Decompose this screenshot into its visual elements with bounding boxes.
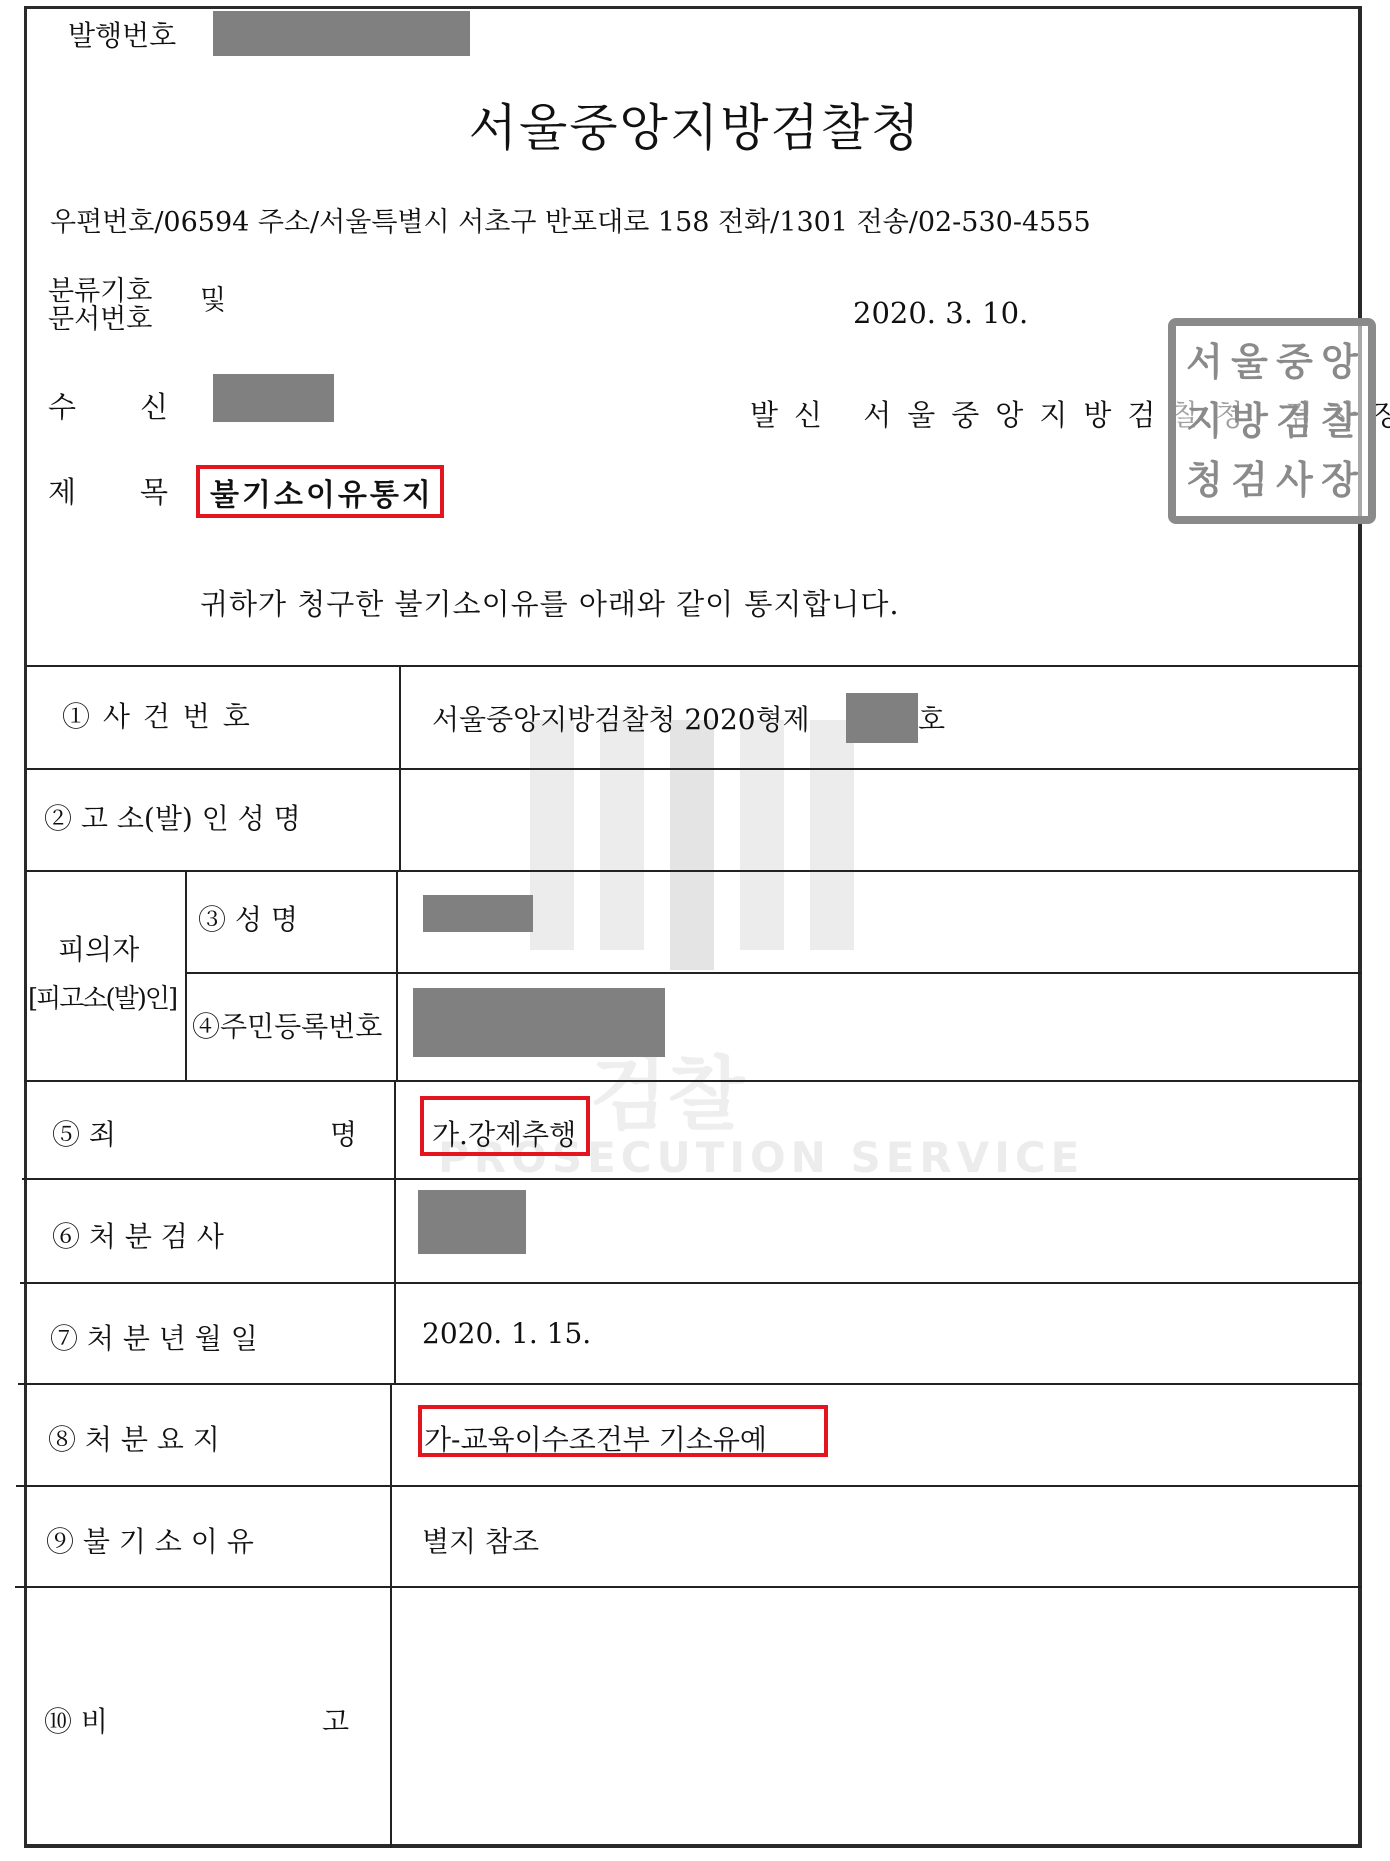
case-number-redaction — [846, 693, 918, 743]
row-divider — [15, 1586, 1362, 1588]
column-divider — [394, 1080, 396, 1385]
seal-character: 울 — [1227, 332, 1272, 391]
seal-character: 찰 — [1317, 391, 1362, 450]
notice-sentence: 귀하가 청구한 불기소이유를 아래와 같이 통지합니다. — [200, 582, 900, 623]
issue-number-redaction — [213, 11, 470, 56]
agency-title: 서울중앙지방검찰청 — [0, 88, 1390, 160]
case-number-prefix: 서울중앙지방검찰청 2020형제 — [432, 698, 810, 738]
seal-character: 장 — [1317, 451, 1362, 510]
recipient-label-b: 신 — [140, 385, 168, 426]
seal-character: 지 — [1182, 391, 1227, 450]
seal-character: 사 — [1272, 451, 1317, 510]
row-label-prosecutor: ⑥ 처 분 검 사 — [52, 1215, 224, 1255]
seal-character: 청 — [1182, 451, 1227, 510]
suspect-group-sublabel: [피고소(발)인] — [28, 978, 176, 1015]
row-divider — [22, 1178, 1362, 1180]
seal-character: 검 — [1272, 391, 1317, 450]
row-label-name: ③ 성 명 — [198, 898, 298, 938]
row-label-remarks-right: 고 — [322, 1700, 349, 1740]
address-line: 우편번호/06594 주소/서울특별시 서초구 반포대로 158 전화/1301… — [50, 200, 1091, 239]
classification-label-line2: 문서번호 — [48, 306, 152, 334]
watermark-emblem — [530, 720, 860, 980]
issue-number-label: 발행번호 — [68, 14, 176, 54]
charge-highlight-box — [420, 1096, 590, 1156]
seal-character: 앙 — [1317, 332, 1362, 391]
column-divider — [390, 1383, 392, 1848]
row-label-disposition-summary: ⑧ 처 분 요 지 — [48, 1418, 220, 1458]
resident-number-redaction — [413, 988, 665, 1057]
row-label-charge-left: ⑤ 죄 — [52, 1113, 116, 1153]
seal-character: 방 — [1227, 391, 1272, 450]
official-seal: 서울중앙지방검찰청검사장 — [1168, 318, 1376, 524]
row-divider — [16, 1485, 1362, 1487]
seal-character: 검 — [1227, 451, 1272, 510]
suspect-name-redaction — [423, 895, 533, 932]
row-label-nonprosecution-reason: ⑨ 불 기 소 이 유 — [46, 1520, 254, 1560]
subject-highlight-box — [196, 465, 444, 518]
row-divider — [185, 972, 1362, 974]
case-number-suffix: 호 — [918, 698, 945, 738]
row-divider — [20, 1282, 1362, 1284]
column-divider — [396, 870, 398, 1080]
row-divider — [24, 1080, 1362, 1082]
classification-label: 분류기호 문서번호 — [48, 278, 152, 334]
row-label-charge-right: 명 — [330, 1113, 357, 1153]
nonprosecution-reason-value: 별지 참조 — [422, 1520, 539, 1560]
row-label-remarks-left: ⑩ 비 — [44, 1700, 108, 1740]
row-divider — [26, 870, 1362, 872]
subject-label-b: 목 — [140, 470, 168, 511]
prosecutor-redaction — [418, 1190, 526, 1254]
disposition-highlight-box — [418, 1405, 828, 1457]
classification-and: 및 — [200, 278, 226, 317]
row-label-case-number: ① 사 건 번 호 — [62, 695, 252, 735]
column-divider — [399, 665, 401, 870]
row-divider — [27, 768, 1362, 770]
group-column-divider — [185, 870, 187, 1080]
classification-label-line1: 분류기호 — [48, 278, 152, 306]
subject-label-a: 제 — [48, 470, 76, 511]
row-divider — [18, 1383, 1362, 1385]
recipient-label-a: 수 — [48, 385, 76, 426]
row-label-resident-number: ④주민등록번호 — [192, 1005, 382, 1045]
row-label-disposition-date: ⑦ 처 분 년 월 일 — [50, 1317, 258, 1357]
seal-character: 서 — [1182, 332, 1227, 391]
issue-date: 2020. 3. 10. — [853, 296, 1028, 330]
table-top-border — [27, 665, 1362, 667]
seal-character: 중 — [1272, 332, 1317, 391]
recipient-redaction — [213, 374, 334, 422]
row-label-complainant: ② 고 소(발) 인 성 명 — [44, 797, 301, 837]
disposition-date-value: 2020. 1. 15. — [422, 1317, 591, 1350]
suspect-group-label: 피의자 — [58, 928, 139, 968]
